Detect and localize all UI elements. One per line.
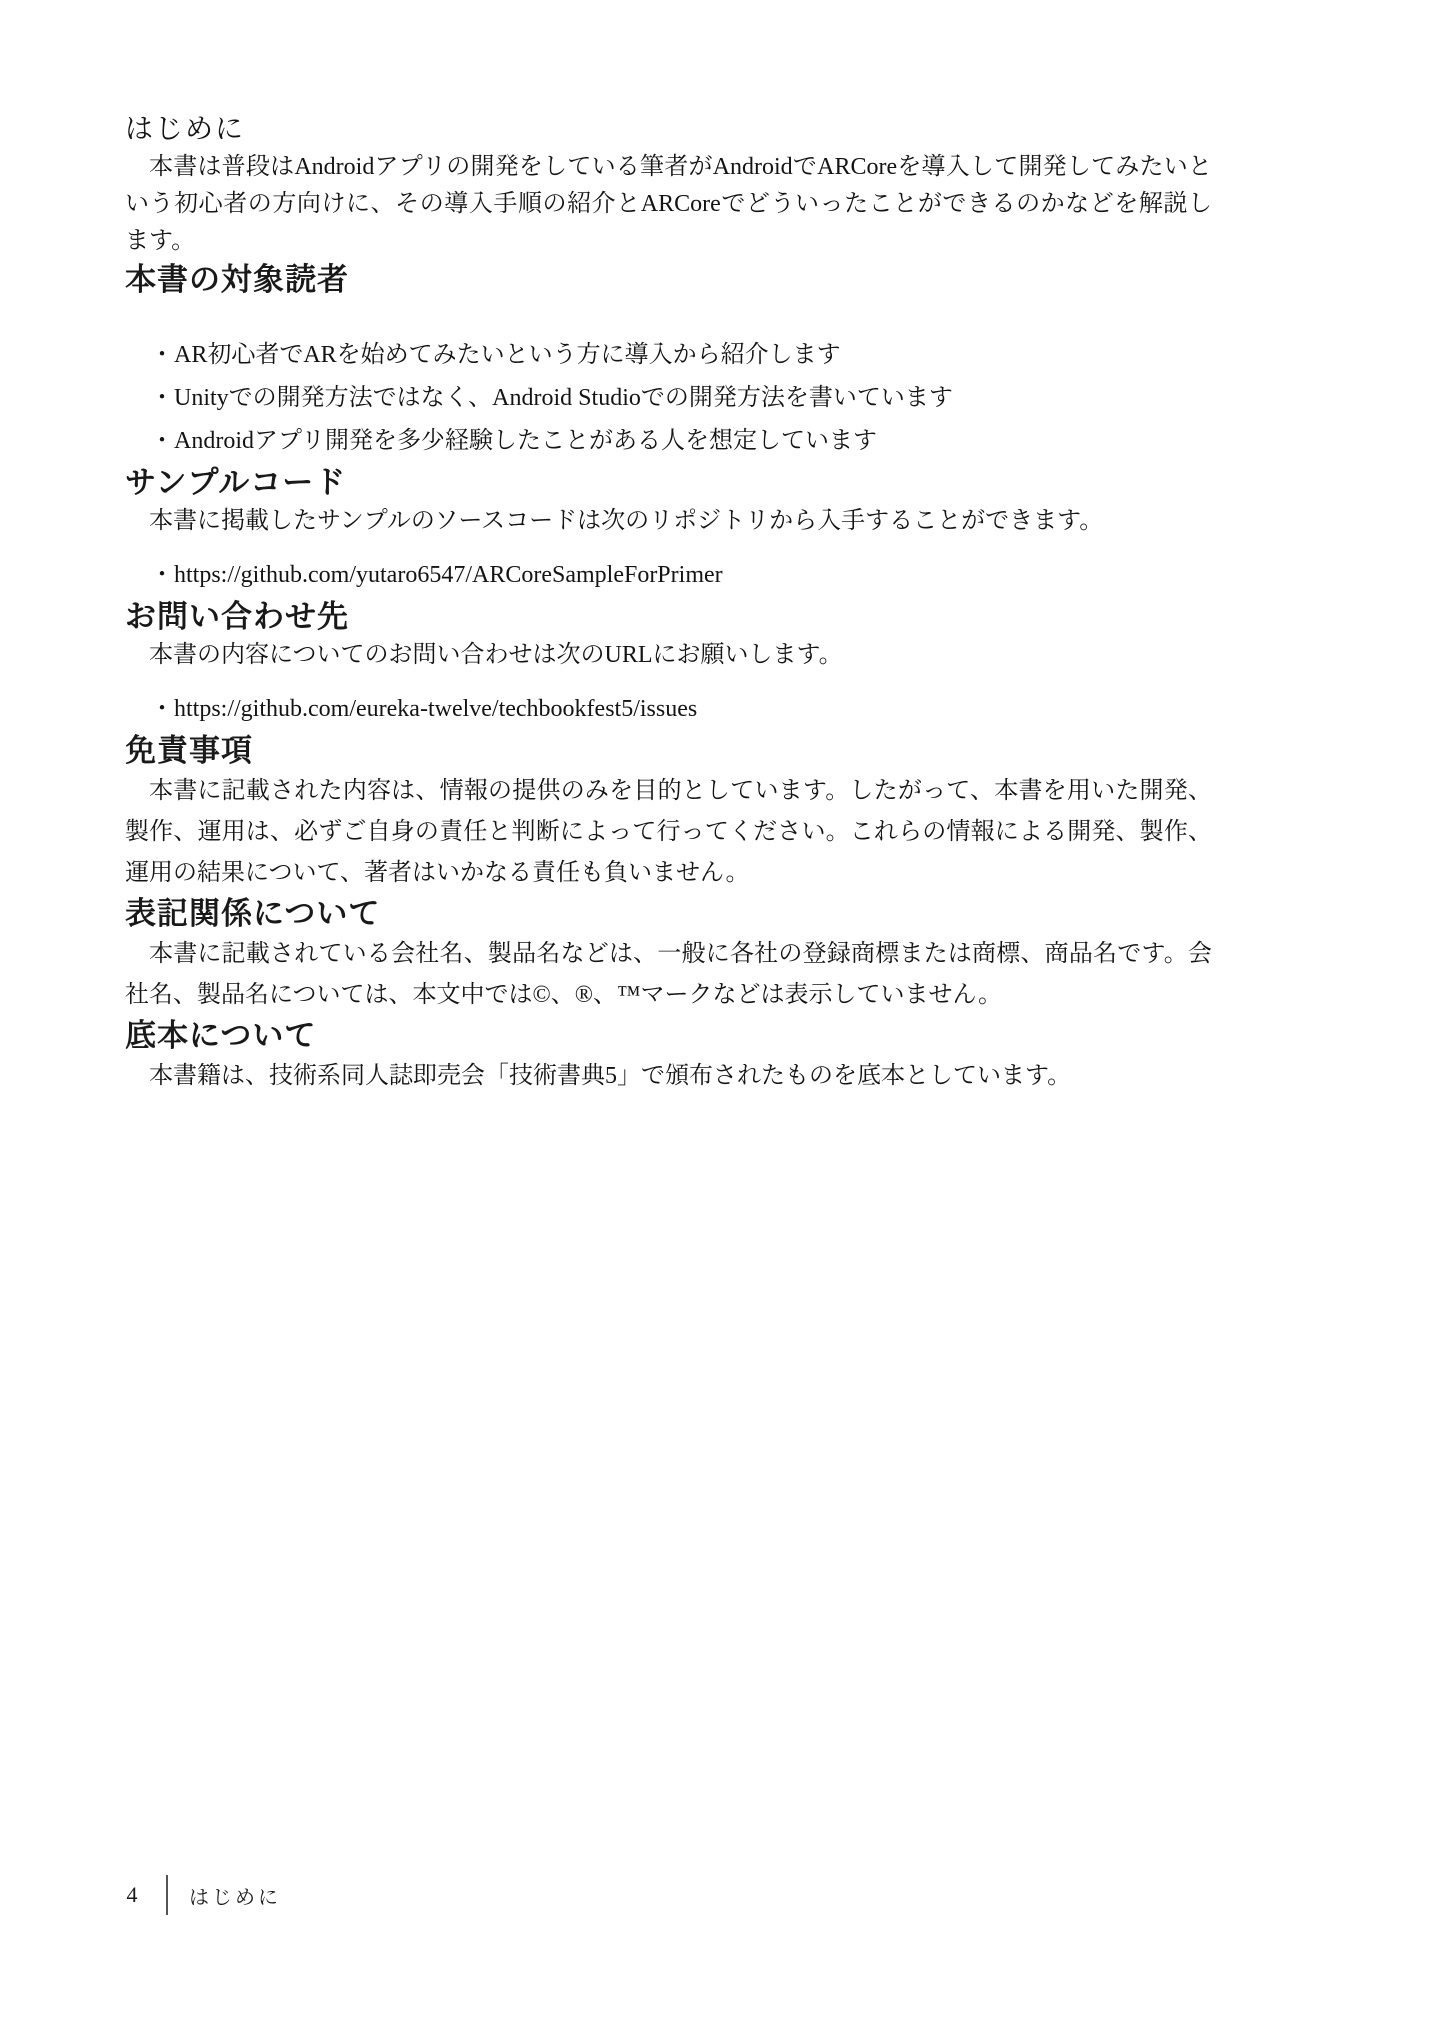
list-item: ・Androidアプリ開発を多少経験したことがある人を想定しています — [150, 420, 1212, 463]
section-paragraph: 本書に記載されている会社名、製品名などは、一般に各社の登録商標または商標、商品名… — [125, 934, 1212, 1016]
bullet-marker: ・ — [150, 688, 174, 731]
section-disclaimer: 免責事項 本書に記載された内容は、情報の提供のみを目的としています。したがって、… — [125, 731, 1212, 894]
section-paragraph: 本書に掲載したサンプルのソースコードは次のリポジトリから入手することができます。 — [125, 503, 1212, 540]
section-source-book: 底本について 本書籍は、技術系同人誌即売会「技術書典5」で頒布されたものを底本と… — [125, 1016, 1212, 1097]
intro-paragraph: 本書は普段はAndroidアプリの開発をしている筆者がAndroidでARCor… — [125, 149, 1212, 260]
bullet-marker: ・ — [150, 377, 174, 420]
section-heading: 表記関係について — [125, 894, 1212, 934]
issues-url[interactable]: https://github.com/eureka-twelve/techboo… — [174, 696, 697, 722]
page-footer: 4 はじめに — [125, 1875, 281, 1915]
list-item-text: AR初心者でARを始めてみたいという方に導入から紹介します — [174, 342, 841, 368]
section-heading: サンプルコード — [125, 463, 1212, 503]
page-content: はじめに 本書は普段はAndroidアプリの開発をしている筆者がAndroidで… — [125, 0, 1212, 1097]
section-notation: 表記関係について 本書に記載されている会社名、製品名などは、一般に各社の登録商標… — [125, 894, 1212, 1016]
section-heading: 免責事項 — [125, 731, 1212, 771]
list-item: ・AR初心者でARを始めてみたいという方に導入から紹介します — [150, 334, 1212, 377]
document-page: はじめに 本書は普段はAndroidアプリの開発をしている筆者がAndroidで… — [0, 0, 1433, 2024]
page-title: はじめに — [125, 111, 1212, 149]
bullet-list: ・https://github.com/yutaro6547/ARCoreSam… — [125, 554, 1212, 597]
list-item: ・Unityでの開発方法ではなく、Android Studioでの開発方法を書い… — [150, 377, 1212, 420]
section-heading: お問い合わせ先 — [125, 597, 1212, 637]
bullet-marker: ・ — [150, 334, 174, 377]
section-heading: 底本について — [125, 1016, 1212, 1056]
bullet-list: ・AR初心者でARを始めてみたいという方に導入から紹介します ・Unityでの開… — [125, 334, 1212, 463]
section-contact: お問い合わせ先 本書の内容についてのお問い合わせは次のURLにお願いします。 ・… — [125, 597, 1212, 731]
bullet-list: ・https://github.com/eureka-twelve/techbo… — [125, 688, 1212, 731]
list-item-text: Androidアプリ開発を多少経験したことがある人を想定しています — [174, 428, 877, 454]
section-heading: 本書の対象読者 — [125, 260, 1212, 300]
bullet-marker: ・ — [150, 554, 174, 597]
section-sample-code: サンプルコード 本書に掲載したサンプルのソースコードは次のリポジトリから入手する… — [125, 463, 1212, 597]
section-paragraph: 本書籍は、技術系同人誌即売会「技術書典5」で頒布されたものを底本としています。 — [125, 1056, 1212, 1097]
repository-url[interactable]: https://github.com/yutaro6547/ARCoreSamp… — [174, 562, 723, 588]
list-item: ・https://github.com/eureka-twelve/techbo… — [150, 688, 1212, 731]
bullet-marker: ・ — [150, 420, 174, 463]
page-number: 4 — [125, 1882, 139, 1908]
section-paragraph: 本書の内容についてのお問い合わせは次のURLにお願いします。 — [125, 637, 1212, 674]
list-item: ・https://github.com/yutaro6547/ARCoreSam… — [150, 554, 1212, 597]
section-target-readers: 本書の対象読者 ・AR初心者でARを始めてみたいという方に導入から紹介します ・… — [125, 260, 1212, 463]
list-item-text: Unityでの開発方法ではなく、Android Studioでの開発方法を書いて… — [174, 385, 953, 411]
section-paragraph: 本書に記載された内容は、情報の提供のみを目的としています。したがって、本書を用い… — [125, 771, 1212, 894]
footer-section-label: はじめに — [189, 1881, 281, 1910]
footer-divider — [166, 1875, 168, 1915]
